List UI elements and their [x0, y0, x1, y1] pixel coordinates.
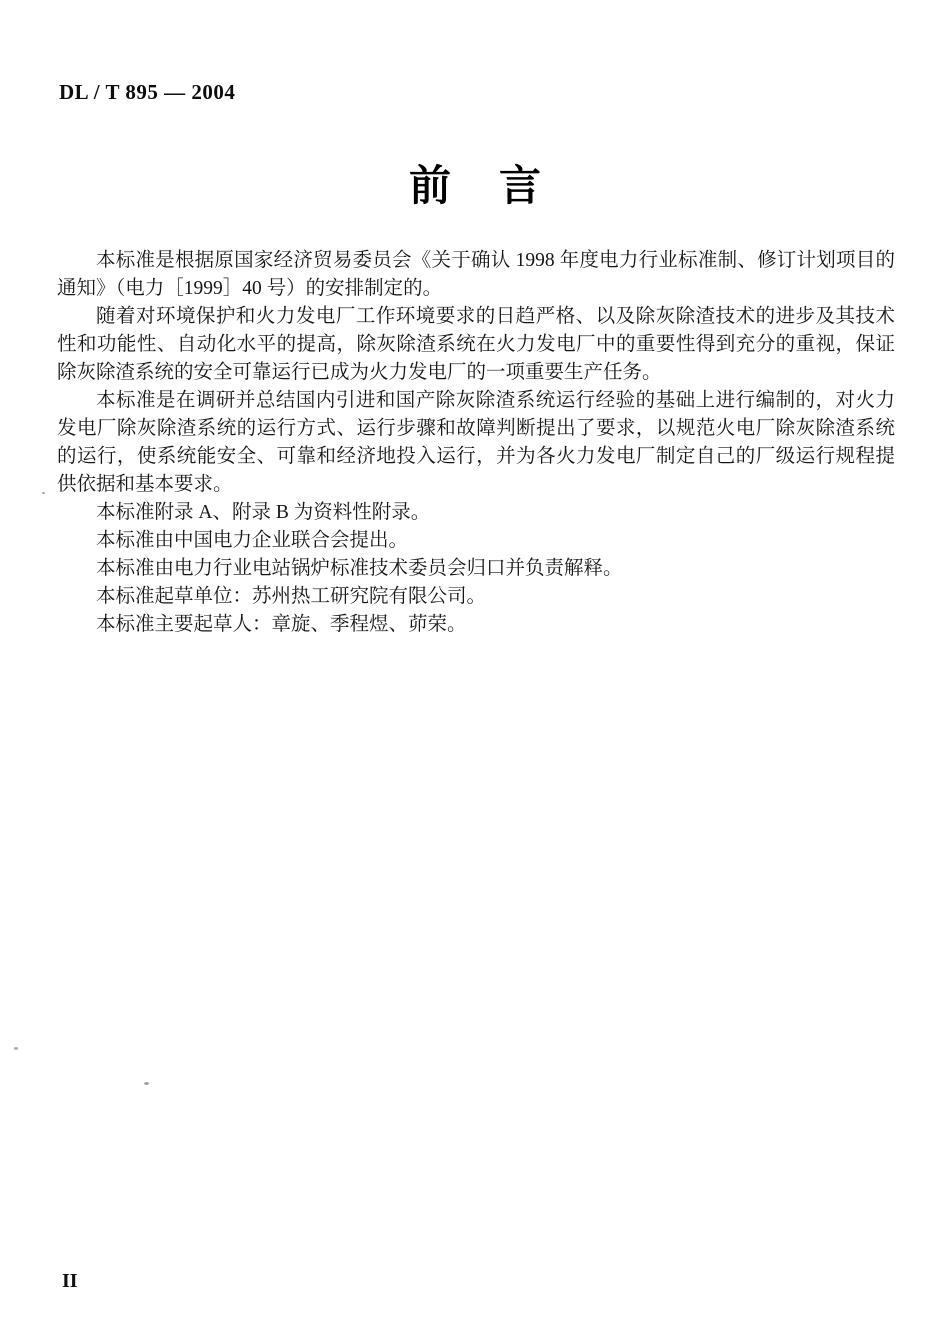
- scan-speck: [144, 1082, 149, 1085]
- foreword-note-committee: 本标准由电力行业电站锅炉标准技术委员会归口并负责解释。: [57, 555, 895, 583]
- scan-speck: [42, 492, 45, 494]
- foreword-paragraph: 随着对环境保护和火力发电厂工作环境要求的日趋严格、以及除灰除渣技术的进步及其技术…: [57, 303, 895, 387]
- title-char-2: 言: [499, 162, 541, 210]
- scan-speck: [14, 1047, 18, 1050]
- foreword-paragraph: 本标准是根据原国家经济贸易委员会《关于确认 1998 年度电力行业标准制、修订计…: [57, 247, 895, 303]
- foreword-paragraph: 本标准是在调研并总结国内引进和国产除灰除渣系统运行经验的基础上进行编制的，对火力…: [57, 387, 895, 499]
- title-char-1: 前: [409, 162, 451, 210]
- standard-number-header: DL / T 895 — 2004: [59, 80, 235, 105]
- document-page: DL / T 895 — 2004 前 言 本标准是根据原国家经济贸易委员会《关…: [0, 0, 950, 1342]
- page-title: 前 言: [0, 162, 950, 210]
- foreword-note-proposer: 本标准由中国电力企业联合会提出。: [57, 527, 895, 555]
- page-number: II: [62, 1270, 78, 1293]
- foreword-note-appendices: 本标准附录 A、附录 B 为资料性附录。: [57, 499, 895, 527]
- foreword-body: 本标准是根据原国家经济贸易委员会《关于确认 1998 年度电力行业标准制、修订计…: [57, 247, 895, 639]
- foreword-note-drafters: 本标准主要起草人：章旋、季程煜、茆荣。: [57, 611, 895, 639]
- foreword-note-drafting-unit: 本标准起草单位：苏州热工研究院有限公司。: [57, 583, 895, 611]
